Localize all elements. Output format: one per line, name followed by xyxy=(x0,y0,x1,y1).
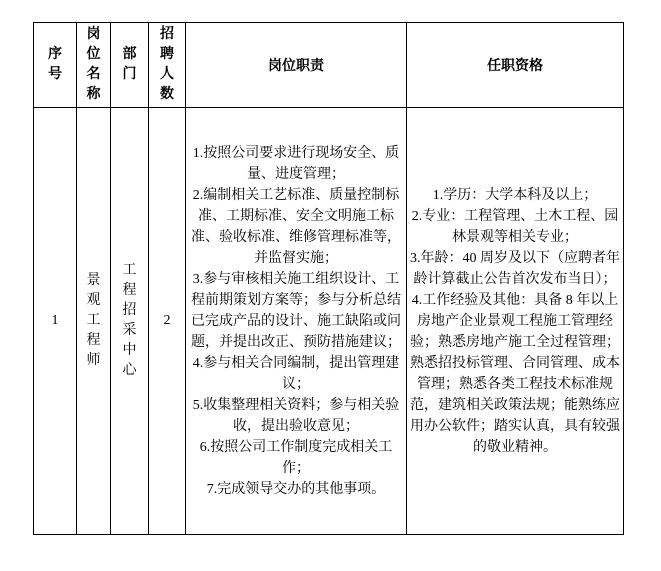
qualification-item: 2.专业：工程管理、土木工程、园林景观等相关专业； xyxy=(407,206,623,248)
header-department: 部门 xyxy=(111,23,149,108)
header-qualifications: 任职资格 xyxy=(407,23,624,108)
header-responsibilities-label: 岗位职责 xyxy=(268,59,324,74)
header-qualifications-label: 任职资格 xyxy=(487,59,543,74)
header-headcount-label: 招聘人数 xyxy=(160,25,174,105)
cell-department: 工程招采中心 xyxy=(111,108,149,535)
department-value: 工程招采中心 xyxy=(123,261,137,381)
qualification-item: 4.工作经验及其他：具备 8 年以上房地产企业景观工程施工管理经验；熟悉房地产施… xyxy=(407,290,623,458)
document-page: 序号 岗位名称 部门 招聘人数 岗位职责 任职资格 xyxy=(0,0,661,571)
responsibility-item: 7.完成领导交办的其他事项。 xyxy=(186,479,406,500)
cell-responsibilities: 1.按照公司要求进行现场安全、质量、进度管理； 2.编制相关工艺标准、质量控制标… xyxy=(186,108,407,535)
job-posting-table: 序号 岗位名称 部门 招聘人数 岗位职责 任职资格 xyxy=(33,22,624,535)
table-header-row: 序号 岗位名称 部门 招聘人数 岗位职责 任职资格 xyxy=(34,23,624,108)
header-department-label: 部门 xyxy=(123,45,137,85)
cell-qualifications: 1.学历：大学本科及以上； 2.专业：工程管理、土木工程、园林景观等相关专业； … xyxy=(407,108,624,535)
responsibility-item: 3.参与审核相关施工组织设计、工程前期策划方案等；参与分析总结已完成产品的设计、… xyxy=(186,269,406,353)
qualification-item: 1.学历：大学本科及以上； xyxy=(407,185,623,206)
cell-position: 景观工程师 xyxy=(77,108,111,535)
table-data-row: 1 景观工程师 工程招采中心 2 1.按照公司要求进行现场安全、质量、进度管理；… xyxy=(34,108,624,535)
cell-headcount: 2 xyxy=(149,108,186,535)
cell-seq: 1 xyxy=(34,108,77,535)
header-seq-label: 序号 xyxy=(48,45,62,85)
responsibility-item: 5.收集整理相关资料；参与相关验收，提出验收意见； xyxy=(186,395,406,437)
qualification-item: 3.年龄：40 周岁及以下（应聘者年龄计算截止公告首次发布当日）； xyxy=(407,248,623,290)
responsibility-item: 2.编制相关工艺标准、质量控制标准、工期标准、安全文明施工标准、验收标准、维修管… xyxy=(186,185,406,269)
header-headcount: 招聘人数 xyxy=(149,23,186,108)
responsibility-item: 6.按照公司工作制度完成相关工作； xyxy=(186,437,406,479)
header-position: 岗位名称 xyxy=(77,23,111,108)
header-seq: 序号 xyxy=(34,23,77,108)
position-value: 景观工程师 xyxy=(87,271,101,371)
header-responsibilities: 岗位职责 xyxy=(186,23,407,108)
responsibility-item: 1.按照公司要求进行现场安全、质量、进度管理； xyxy=(186,143,406,185)
headcount-value: 2 xyxy=(164,313,171,328)
header-position-label: 岗位名称 xyxy=(87,25,101,105)
responsibility-item: 4.参与相关合同编制，提出管理建议； xyxy=(186,353,406,395)
seq-value: 1 xyxy=(52,313,59,328)
